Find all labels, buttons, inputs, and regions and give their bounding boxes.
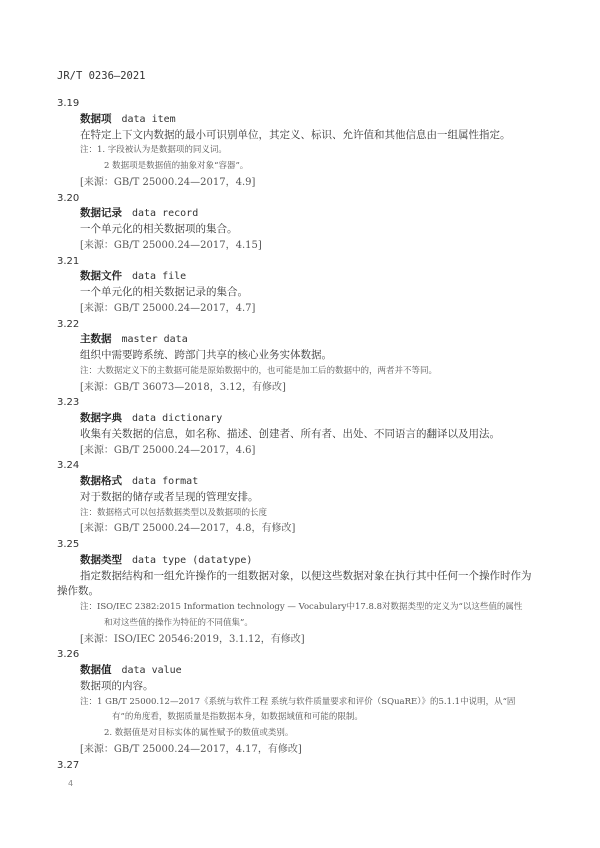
note-text: 注：1. 字段被认为是数据项的同义词。 <box>80 145 227 155</box>
term-heading: 主数据master data <box>57 332 547 348</box>
term-heading: 数据格式data format <box>57 474 547 490</box>
term-zh: 数据文件 <box>80 270 122 282</box>
term-zh: 数据记录 <box>80 207 122 219</box>
note: 注：数据格式可以包括数据类型以及数据项的长度 <box>57 506 547 522</box>
entry-number: 3.23 <box>57 395 547 411</box>
term-heading: 数据记录data record <box>57 206 547 222</box>
term-en: data file <box>132 271 186 282</box>
entry-number: 3.24 <box>57 458 547 474</box>
source-citation: [来源：GB/T 25000.24—2017，4.6] <box>57 443 547 459</box>
entry-number: 3.21 <box>57 254 547 270</box>
term-en: master data <box>122 334 188 345</box>
term-zh: 数据格式 <box>80 475 122 487</box>
source-citation: [来源：GB/T 25000.24—2017，4.17，有修改] <box>57 742 547 758</box>
note: 2. 数据值是对目标实体的属性赋予的数值或类别。 <box>57 726 547 742</box>
document-page: JR/T 0236—2021 3.19 数据项data item 在特定上下文内… <box>0 0 600 848</box>
definition: 一个单元化的相关数据项的集合。 <box>57 222 547 238</box>
note-continuation: 有”的角度看，数据质量是指数据本身，如数据域值和可能的限制。 <box>57 710 547 726</box>
note: 注：大数据定义下的主数据可能是原始数据中的，也可能是加工后的数据中的，两者并不等… <box>57 364 547 380</box>
term-en: data record <box>132 208 198 219</box>
page-number: 4 <box>68 779 73 788</box>
definition: 组织中需要跨系统、跨部门共享的核心业务实体数据。 <box>57 348 547 364</box>
entry-number: 3.25 <box>57 537 547 553</box>
term-heading: 数据字典data dictionary <box>57 411 547 427</box>
term-heading: 数据项data item <box>57 112 547 128</box>
definition: 指定数据结构和一组允许操作的一组数据对象，以便这些数据对象在执行其中任何一个操作… <box>57 569 547 585</box>
term-zh: 数据类型 <box>80 554 122 566</box>
term-heading: 数据文件data file <box>57 269 547 285</box>
source-citation: [来源：GB/T 25000.24—2017，4.9] <box>57 175 547 191</box>
source-citation: [来源：GB/T 25000.24—2017，4.8，有修改] <box>57 521 547 537</box>
note: 注：1. 字段被认为是数据项的同义词。 <box>57 143 547 159</box>
term-en: data item <box>122 114 176 125</box>
terms-list: 3.19 数据项data item 在特定上下文内数据的最小可识别单位，其定义、… <box>57 96 547 773</box>
term-heading: 数据值data value <box>57 663 547 679</box>
term-zh: 数据值 <box>80 664 112 676</box>
term-zh: 数据字典 <box>80 412 122 424</box>
source-citation: [来源：ISO/IEC 20546:2019，3.1.12，有修改] <box>57 632 547 648</box>
term-en: data type (datatype) <box>132 555 252 566</box>
term-en: data format <box>132 476 198 487</box>
definition: 一个单元化的相关数据记录的集合。 <box>57 285 547 301</box>
entry-number: 3.19 <box>57 96 547 112</box>
note-continuation: 和对这些值的操作为特征的不同值集”。 <box>57 616 547 632</box>
term-heading: 数据类型data type (datatype) <box>57 553 547 569</box>
note: 注：1 GB/T 25000.12—2017《系统与软件工程 系统与软件质量要求… <box>57 695 547 711</box>
note-continuation: 2 数据项是数据值的抽象对象“容器”。 <box>57 159 547 175</box>
term-en: data dictionary <box>132 413 222 424</box>
entry-number: 3.22 <box>57 317 547 333</box>
definition: 数据项的内容。 <box>57 679 547 695</box>
definition: 对于数据的储存或者呈现的管理安排。 <box>57 490 547 506</box>
definition: 在特定上下文内数据的最小可识别单位，其定义、标识、允许值和其他信息由一组属性指定… <box>57 128 547 144</box>
term-en: data value <box>122 665 182 676</box>
note: 注：ISO/IEC 2382:2015 Information technolo… <box>57 600 547 616</box>
entry-number: 3.20 <box>57 191 547 207</box>
source-citation: [来源：GB/T 25000.24—2017，4.7] <box>57 301 547 317</box>
definition-continuation: 操作数。 <box>57 584 547 600</box>
entry-number: 3.26 <box>57 647 547 663</box>
source-citation: [来源：GB/T 36073—2018，3.12，有修改] <box>57 380 547 396</box>
entry-number: 3.27 <box>57 758 547 774</box>
definition: 收集有关数据的信息，如名称、描述、创建者、所有者、出处、不同语言的翻译以及用法。 <box>57 427 547 443</box>
term-zh: 主数据 <box>80 333 112 345</box>
document-id-header: JR/T 0236—2021 <box>57 70 146 82</box>
source-citation: [来源：GB/T 25000.24—2017，4.15] <box>57 238 547 254</box>
term-zh: 数据项 <box>80 113 112 125</box>
